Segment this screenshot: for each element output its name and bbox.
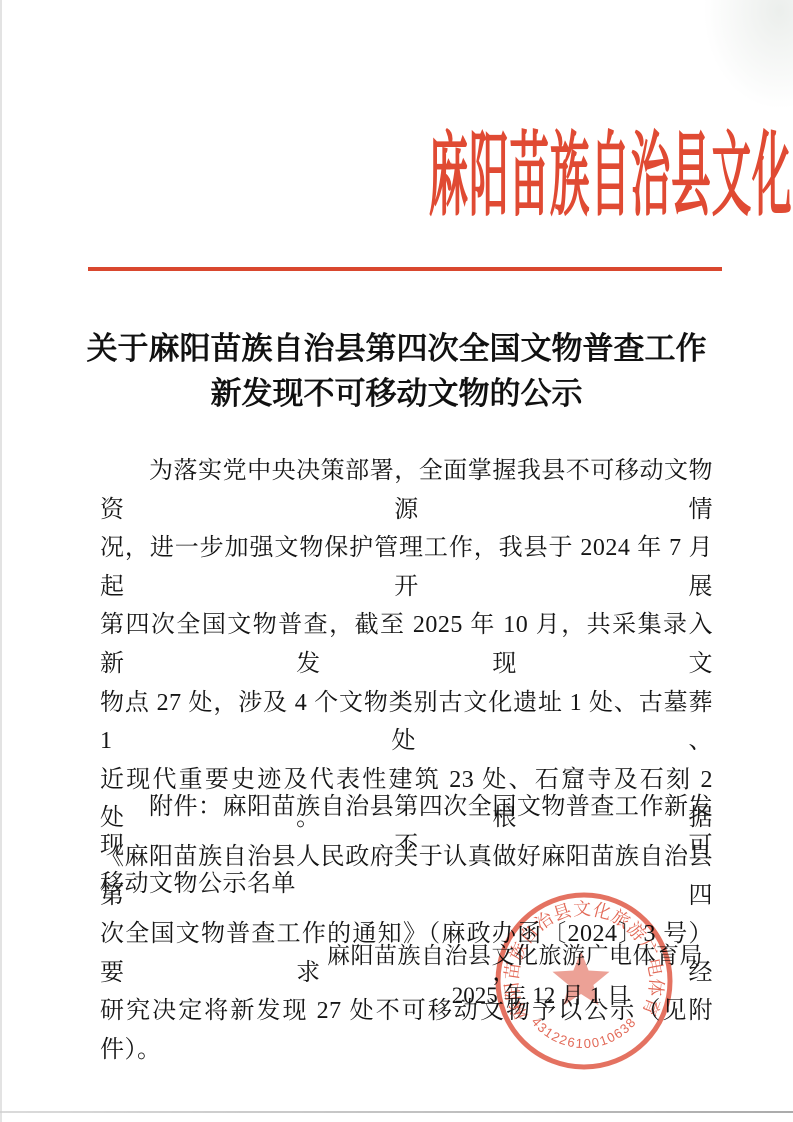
document-title: 关于麻阳苗族自治县第四次全国文物普查工作 新发现不可移动文物的公示 [0, 326, 793, 416]
body-line: 物点 27 处，涉及 4 个文物类别古文化遗址 1 处、古墓葬 1 处、 [100, 684, 713, 761]
attachment-paragraph: 附件：麻阳苗族自治县第四次全国文物普查工作新发现不可 移动文物公示名单 [100, 788, 713, 904]
scan-edge-bottom [0, 1111, 793, 1113]
signature-date: 2025 年 12 月 1 日 [452, 982, 630, 1010]
body-paragraph: 为落实党中央决策部署，全面掌握我县不可移动文物资源情 况，进一步加强文物保护管理… [100, 452, 713, 1070]
document-title-line-1: 关于麻阳苗族自治县第四次全国文物普查工作 [0, 326, 793, 371]
body-line: 况，进一步加强文物保护管理工作，我县于 2024 年 7 月起开展 [100, 529, 713, 606]
letterhead: 麻阳苗族自治县文化旅游广电体育局 [0, 124, 793, 255]
red-separator-rule [88, 267, 722, 271]
body-line: 第四次全国文物普查，截至 2025 年 10 月，共采集录入新发现文 [100, 606, 713, 683]
document-page: 麻阳苗族自治县文化旅游广电体育局 关于麻阳苗族自治县第四次全国文物普查工作 新发… [0, 0, 793, 1122]
document-title-line-2: 新发现不可移动文物的公示 [0, 371, 793, 416]
body-line: 为落实党中央决策部署，全面掌握我县不可移动文物资源情 [100, 452, 713, 529]
attachment-line: 移动文物公示名单 [100, 865, 713, 904]
attachment-line: 附件：麻阳苗族自治县第四次全国文物普查工作新发现不可 [100, 788, 713, 865]
scan-smudge-top-right [703, 0, 793, 110]
signature-org-name: 麻阳苗族自治县文化旅游广电体育局 [327, 942, 703, 970]
letterhead-title: 麻阳苗族自治县文化旅游广电体育局 [429, 124, 793, 228]
